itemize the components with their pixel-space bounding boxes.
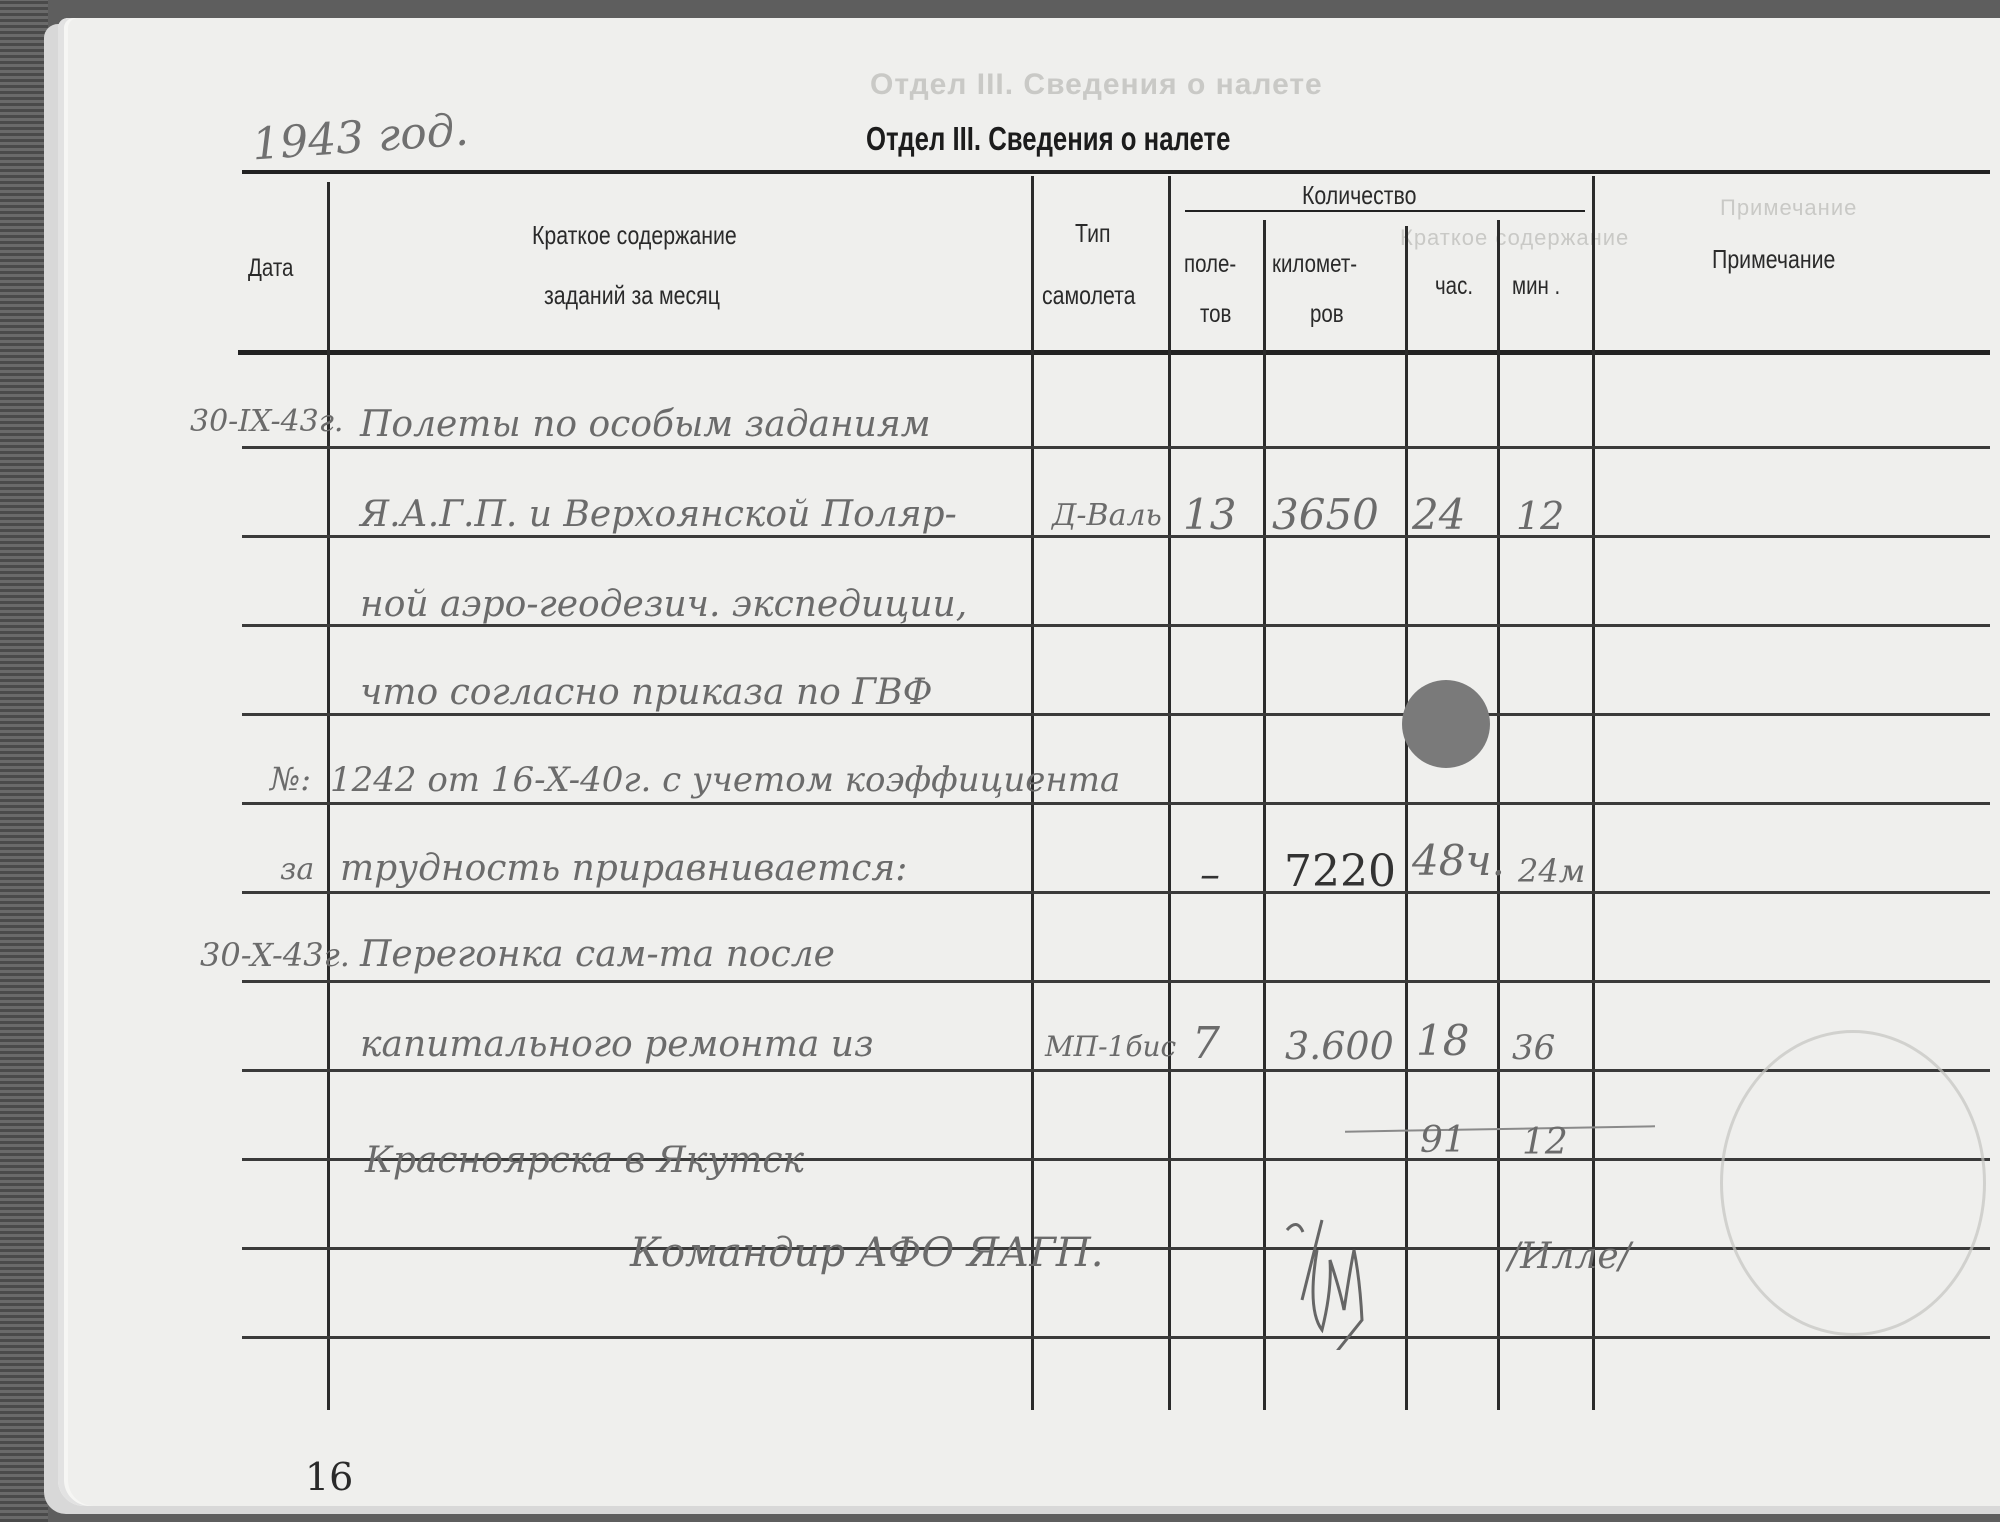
row-2-flights: 13 [1183,490,1236,539]
header-notes: Примечание [1712,244,1835,275]
row-7-content: Перегонка сам-та после [360,934,835,975]
row-5-content: 1242 от 16-X-40г. с учетом коэффициента [330,760,1120,800]
row-6-date: за [280,852,314,887]
row-2-minutes: 12 [1516,494,1564,538]
row-2-aircraft: Д-Валь [1052,498,1162,533]
row-1-content: Полеты по особым заданиям [360,404,931,445]
row-6-km: 7220 [1284,846,1396,897]
total-hours: 91 [1420,1120,1466,1161]
row-7-date: 30-X-43г. [200,936,350,974]
row-1-date: 30-IX-43г. [190,404,343,439]
header-bottom-rule [238,350,1990,355]
row-8-hours: 18 [1416,1016,1469,1065]
page-title: Отдел III. Сведения о налете [866,120,1230,158]
header-content-line2: заданий за месяц [544,280,720,311]
header-minutes: мин . [1512,272,1560,301]
header-content-line1: Краткое содержание [532,220,737,251]
header-top-rule [242,170,1990,174]
col-rule-minutes [1592,176,1595,1410]
row-4-content: что согласно приказа по ГВФ [360,672,932,713]
bleed-through-title: Отдел III. Сведения о налете [870,68,1323,102]
header-flights-line2: тов [1200,300,1231,329]
col-rule-aircraft [1168,176,1171,1410]
faded-stamp [1720,1030,1986,1336]
page-number: 16 [305,1455,353,1499]
header-aircraft-line2: самолета [1042,280,1136,311]
row-8-km: 3.600 [1285,1024,1394,1068]
ink-blot [1402,680,1490,768]
header-quantity: Количество [1302,180,1416,211]
row-8-aircraft: МП-1бис [1045,1030,1176,1063]
row-3-content: ной аэро-геодезич. экспедиции, [360,584,967,625]
signature-name: /Илле/ [1508,1236,1631,1277]
row-2-content: Я.А.Г.П. и Верхоянской Поляр- [360,494,957,535]
bleed-through-notes: Примечание [1720,195,1857,221]
col-rule-flights [1263,220,1266,1410]
row-8-flights: 7 [1192,1018,1220,1069]
total-minutes: 12 [1522,1122,1568,1163]
row-6-minutes: 24м [1518,852,1585,890]
row-9-content: Красноярска в Якутск [365,1140,804,1181]
signature-scribble [1282,1210,1402,1350]
row-8-content: капитального ремонта из [360,1024,874,1065]
col-rule-hours [1497,220,1500,1410]
row-8-minutes: 36 [1512,1028,1555,1068]
col-rule-km [1405,226,1408,1410]
header-date: Дата [248,254,293,283]
row-5-date: №: [270,760,311,798]
row-6-hours: 48ч. [1412,836,1505,885]
signature-role: Командир АФО ЯАГП. [630,1230,1104,1276]
header-km-line1: километ- [1272,250,1357,279]
book-binding [0,0,48,1522]
header-hours: час. [1435,272,1473,301]
header-km-line2: ров [1310,300,1344,329]
header-flights-line1: поле- [1184,250,1236,279]
row-2-hours: 24 [1412,490,1465,539]
row-6-flights: – [1200,852,1220,898]
header-aircraft-line1: Тип [1075,218,1111,249]
row-6-content: трудность приравнивается: [340,848,907,889]
row-2-km: 3650 [1272,490,1379,539]
